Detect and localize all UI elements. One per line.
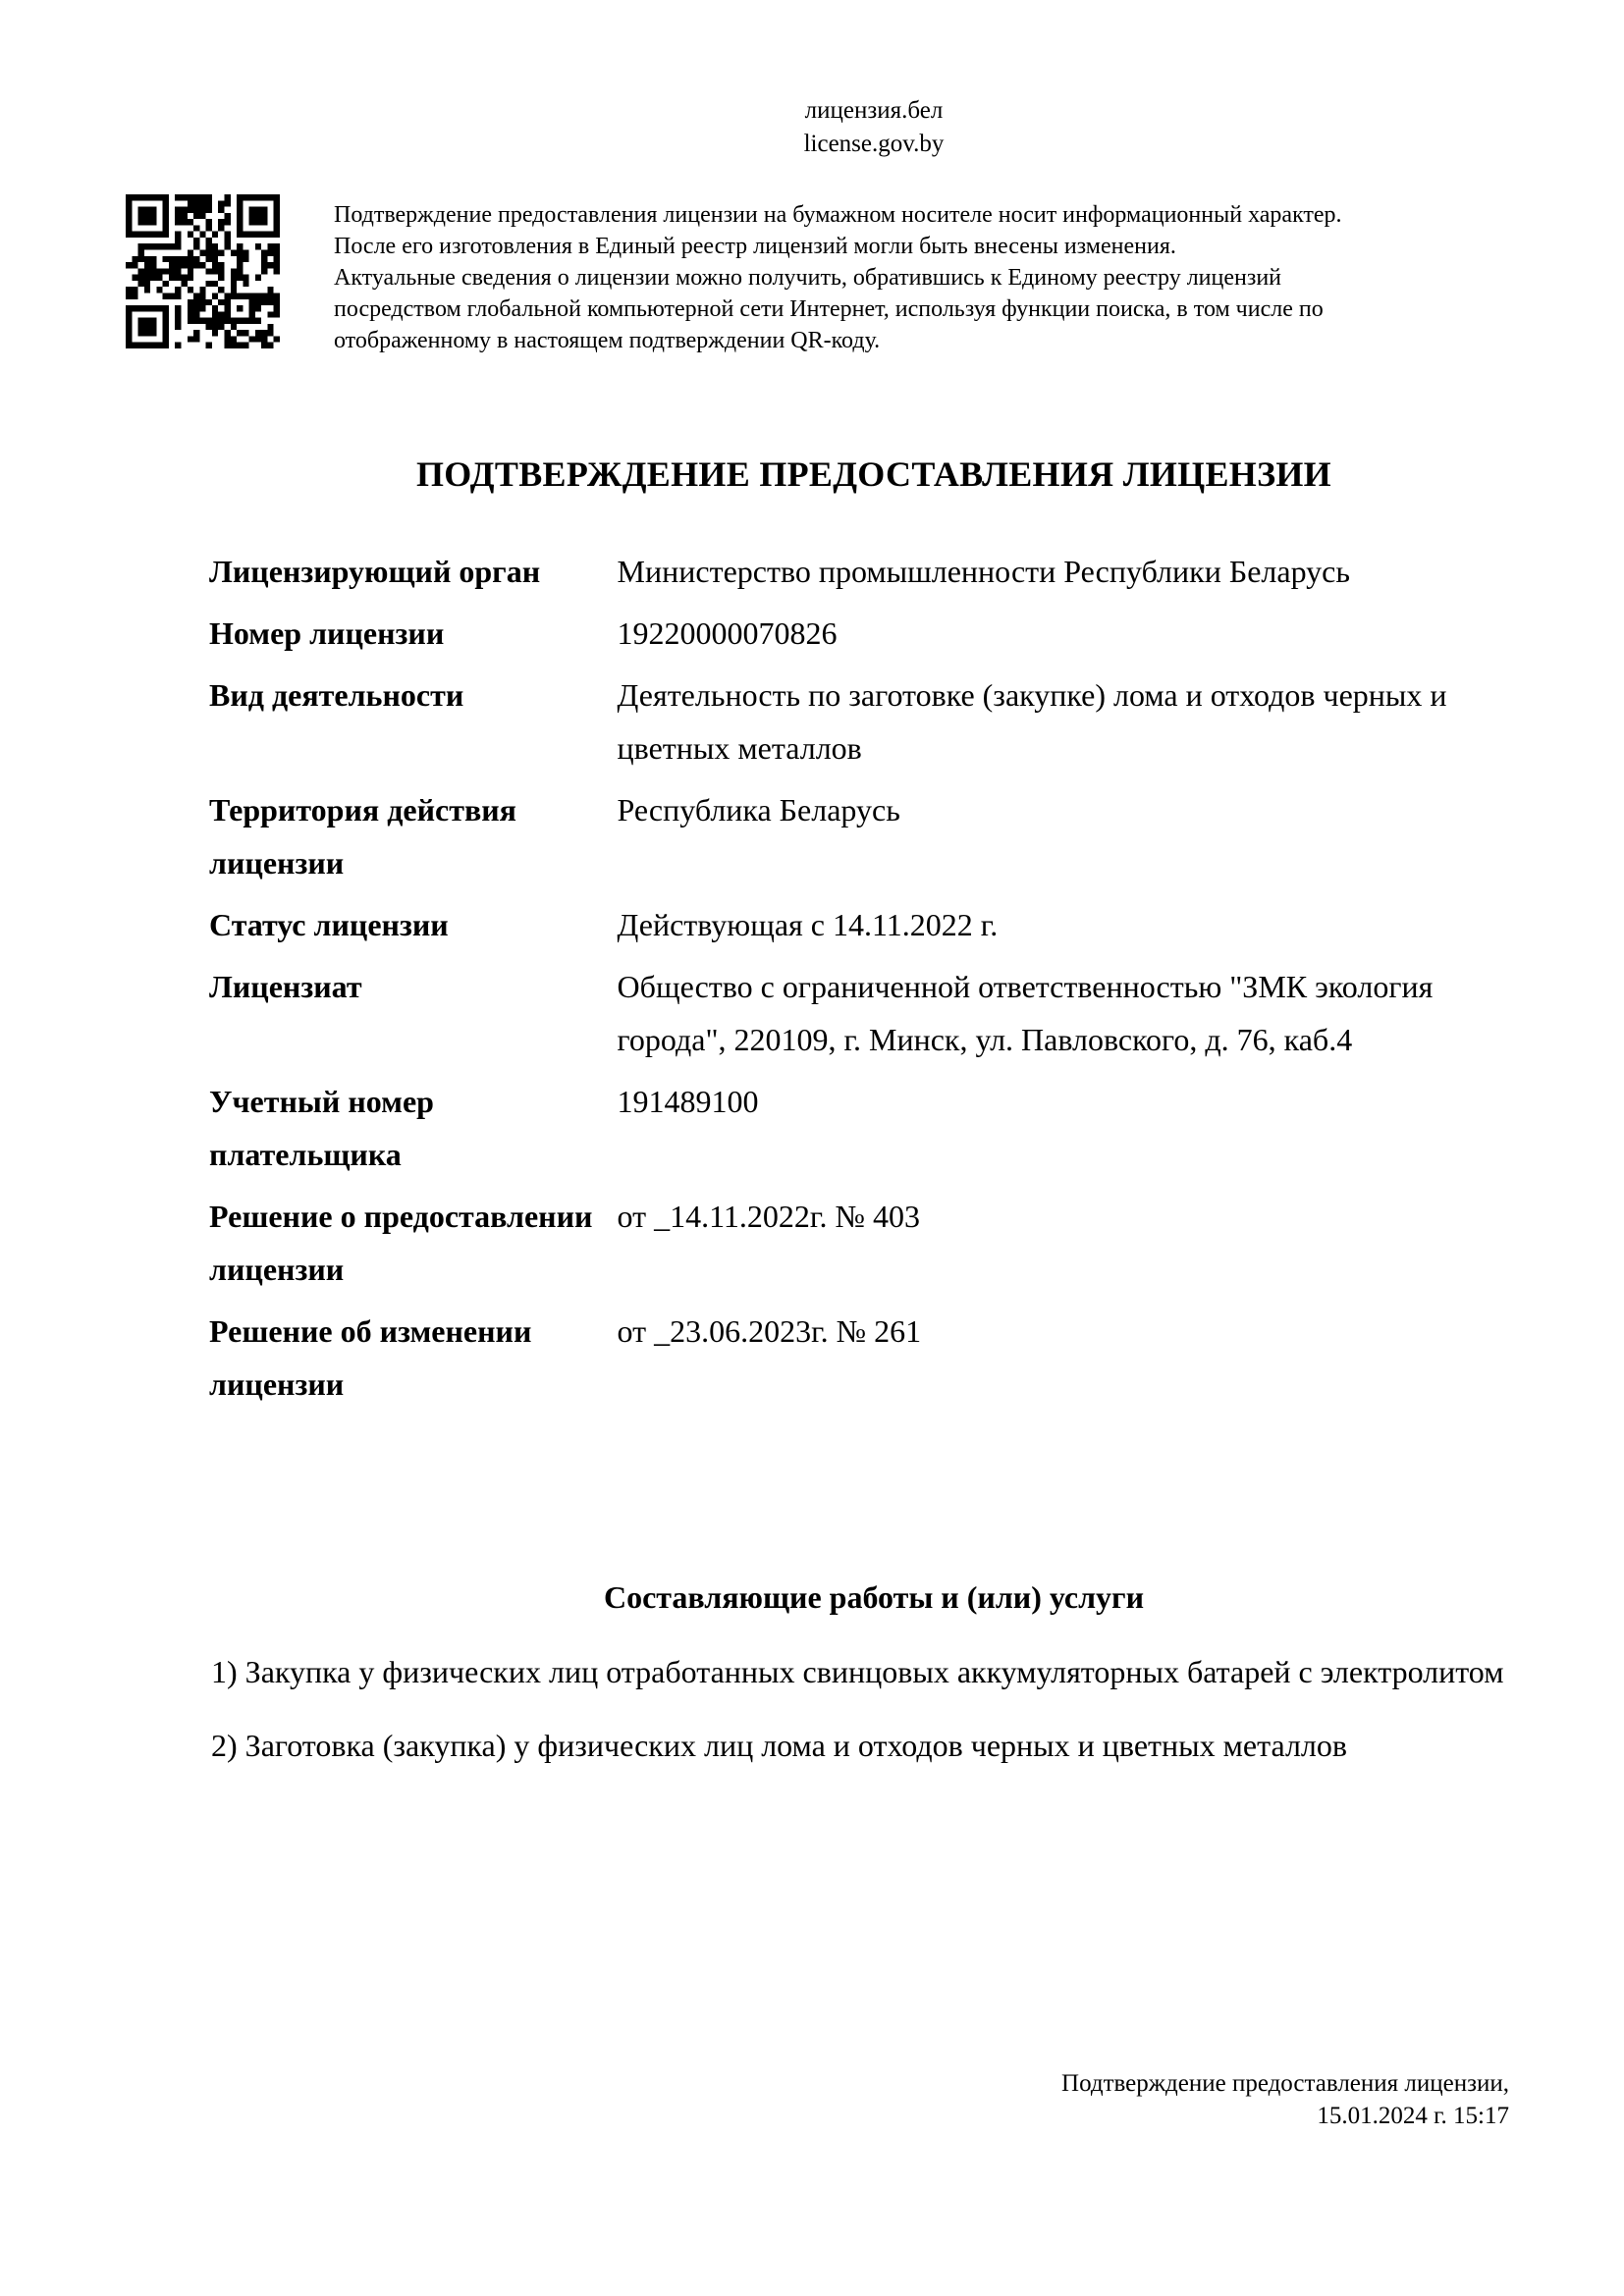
detail-value: от _14.11.2022г. № 403 <box>618 1190 1515 1305</box>
detail-value: Деятельность по заготовке (закупке) лома… <box>618 668 1515 783</box>
site-header: лицензия.бел license.gov.by <box>0 94 1624 161</box>
notice-line: Актуальные сведения о лицензии можно пол… <box>334 262 1532 294</box>
site-name-cyrillic: лицензия.бел <box>0 94 1624 128</box>
detail-row-change-decision: Решение об изменении лицензии от _23.06.… <box>209 1305 1515 1419</box>
detail-value: Республика Беларусь <box>618 783 1515 898</box>
detail-row-activity-type: Вид деятельности Деятельность по заготов… <box>209 668 1515 783</box>
detail-label: Лицензиат <box>209 960 618 1075</box>
service-item: 2) Заготовка (закупка) у физических лиц … <box>211 1720 1517 1772</box>
detail-label: Решение об изменении лицензии <box>209 1305 618 1419</box>
footer-caption: Подтверждение предоставления лицензии, <box>1061 2067 1509 2100</box>
detail-row-taxpayer-number: Учетный номер плательщика 191489100 <box>209 1075 1515 1190</box>
footer-timestamp: 15.01.2024 г. 15:17 <box>1061 2100 1509 2132</box>
service-item: 1) Закупка у физических лиц отработанных… <box>211 1646 1517 1698</box>
notice-line: После его изготовления в Единый реестр л… <box>334 231 1532 262</box>
detail-label: Территория действия лицензии <box>209 783 618 898</box>
qr-code-icon <box>126 194 280 348</box>
detail-label: Учетный номер плательщика <box>209 1075 618 1190</box>
license-details-table: Лицензирующий орган Министерство промышл… <box>209 545 1515 1419</box>
site-name-latin: license.gov.by <box>0 128 1624 161</box>
detail-label: Лицензирующий орган <box>209 545 618 607</box>
notice-line: посредством глобальной компьютерной сети… <box>334 294 1532 325</box>
detail-row-license-number: Номер лицензии 19220000070826 <box>209 607 1515 668</box>
services-list: 1) Закупка у физических лиц отработанных… <box>211 1646 1517 1793</box>
detail-label: Статус лицензии <box>209 898 618 960</box>
detail-value: от _23.06.2023г. № 261 <box>618 1305 1515 1419</box>
detail-value: 191489100 <box>618 1075 1515 1190</box>
generation-footer: Подтверждение предоставления лицензии, 1… <box>1061 2067 1509 2132</box>
notice-line: отображенному в настоящем подтверждении … <box>334 325 1532 356</box>
detail-label: Номер лицензии <box>209 607 618 668</box>
detail-value: Министерство промышленности Республики Б… <box>618 545 1515 607</box>
detail-row-licensing-authority: Лицензирующий орган Министерство промышл… <box>209 545 1515 607</box>
disclaimer-notice: Подтверждение предоставления лицензии на… <box>334 199 1532 356</box>
detail-label: Решение о предоставлении лицензии <box>209 1190 618 1305</box>
detail-value: 19220000070826 <box>618 607 1515 668</box>
detail-value: Общество с ограниченной ответственностью… <box>618 960 1515 1075</box>
document-title: ПОДТВЕРЖДЕНИЕ ПРЕДОСТАВЛЕНИЯ ЛИЦЕНЗИИ <box>0 452 1624 497</box>
detail-label: Вид деятельности <box>209 668 618 783</box>
services-heading: Составляющие работы и (или) услуги <box>0 1575 1624 1620</box>
detail-value: Действующая с 14.11.2022 г. <box>618 898 1515 960</box>
detail-row-territory: Территория действия лицензии Республика … <box>209 783 1515 898</box>
notice-line: Подтверждение предоставления лицензии на… <box>334 199 1532 231</box>
detail-row-status: Статус лицензии Действующая с 14.11.2022… <box>209 898 1515 960</box>
detail-row-licensee: Лицензиат Общество с ограниченной ответс… <box>209 960 1515 1075</box>
detail-row-grant-decision: Решение о предоставлении лицензии от _14… <box>209 1190 1515 1305</box>
